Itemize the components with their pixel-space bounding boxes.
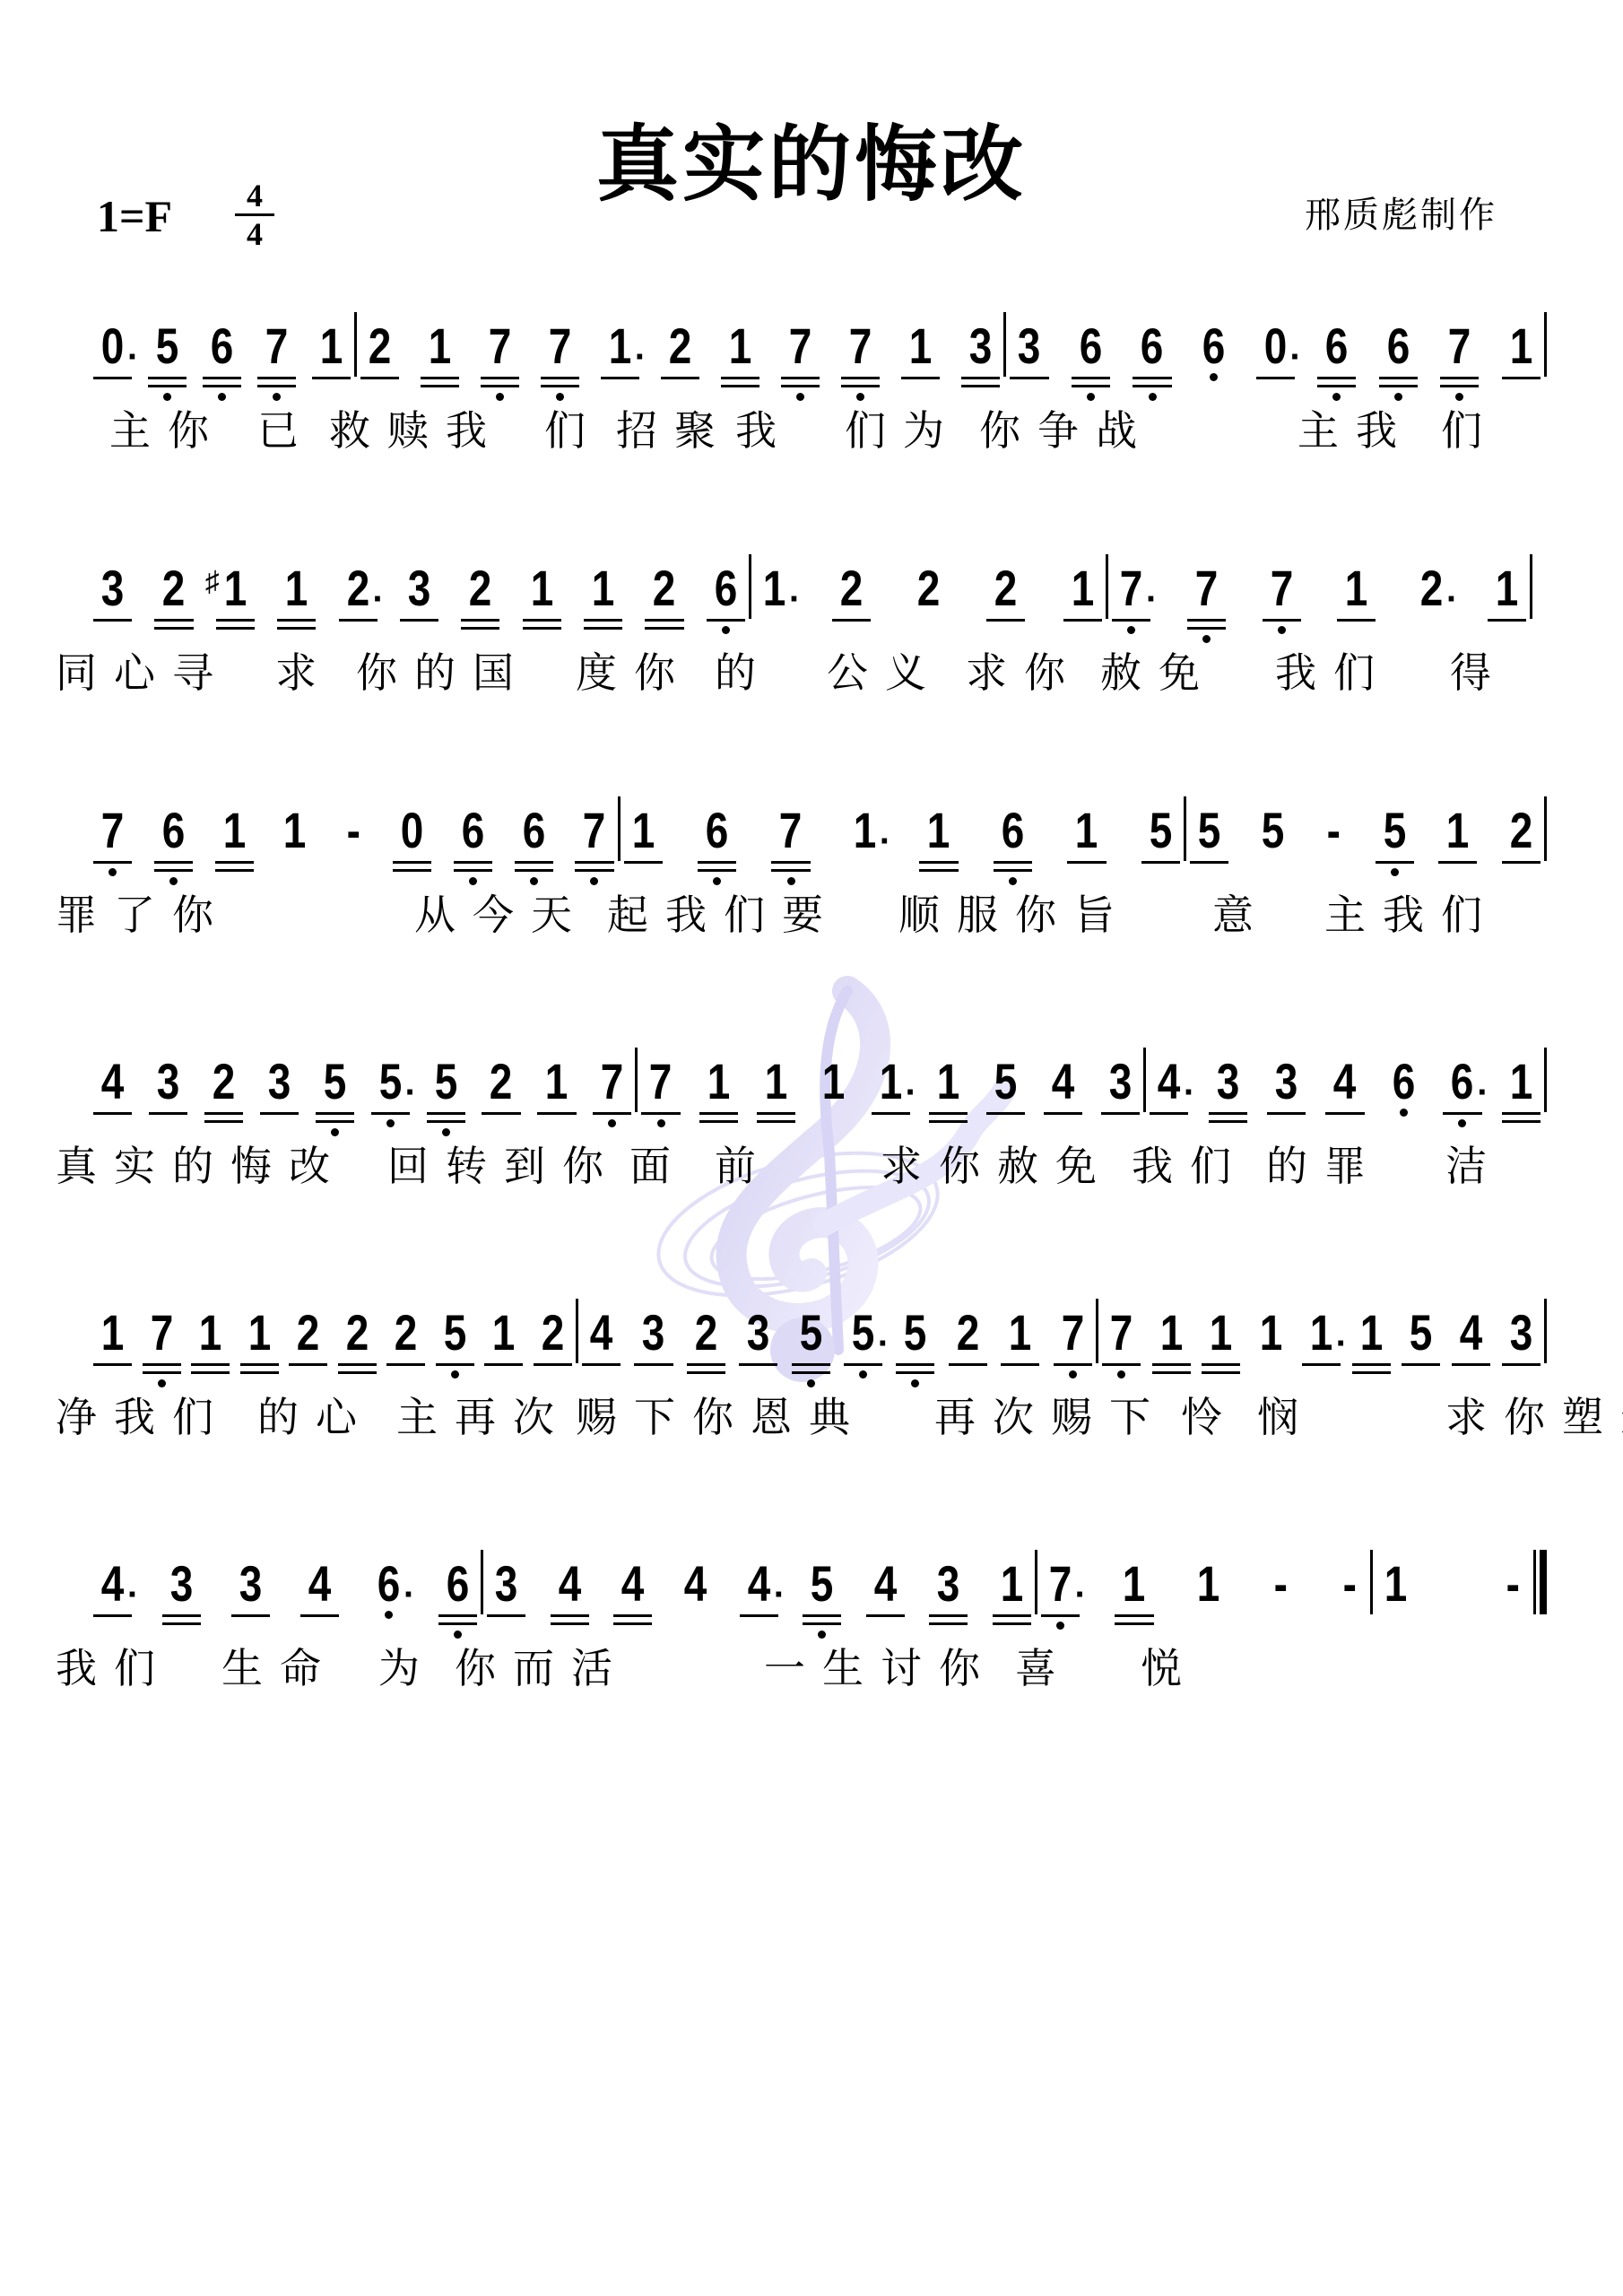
underline-sixteenth — [1379, 385, 1418, 387]
underline-eighth — [487, 1614, 525, 1617]
underline-eighth — [461, 619, 499, 622]
underline-eighth — [919, 861, 958, 864]
note-digit: 1 — [285, 563, 308, 613]
note: 1 — [1069, 538, 1097, 613]
note: 2 — [366, 296, 394, 371]
underline-sixteenth — [216, 627, 255, 630]
note-digit: 5 — [1198, 805, 1221, 856]
low-octave-dot — [1009, 877, 1017, 885]
arranger-credit: 邢质彪制作 — [1305, 187, 1497, 238]
lyric-char: 天 — [531, 888, 572, 942]
lyric-char: 一 — [764, 1641, 805, 1695]
lyric-char: 求 — [966, 646, 1007, 700]
underline-eighth — [257, 377, 296, 379]
underline-eighth — [386, 1363, 425, 1366]
score-row: 1711222512432355·521771111·1543净我们的心主再次赐… — [90, 1283, 1547, 1462]
low-octave-dot — [108, 868, 117, 876]
augmentation-dot: · — [1477, 1074, 1488, 1110]
note: 7· — [1046, 1534, 1074, 1609]
underline-eighth — [1209, 1112, 1247, 1115]
note: 6· — [1448, 1031, 1476, 1107]
lyric-char: 公 — [827, 646, 868, 700]
note: 5 — [1147, 780, 1175, 856]
augmentation-dot: · — [878, 1326, 890, 1361]
note: 2 — [1507, 780, 1535, 856]
underline-eighth — [454, 861, 492, 864]
note-digit: 1 — [222, 805, 246, 856]
note: 1· — [877, 1031, 905, 1107]
note: 2 — [343, 1283, 371, 1358]
underline-sixteenth — [215, 869, 254, 872]
note: 4· — [99, 1534, 126, 1609]
note-digit: 1 — [1260, 1308, 1283, 1358]
note: 7 — [99, 780, 126, 856]
note-digit: 6 — [378, 1559, 401, 1609]
underline-eighth — [1067, 861, 1106, 864]
note: 7 — [1193, 538, 1220, 613]
lyric-char: 起 — [607, 888, 648, 942]
underline-eighth — [721, 377, 759, 379]
note: 2 — [692, 1283, 720, 1358]
lyric-char: 旨 — [1073, 888, 1115, 942]
note-digit: 7 — [1120, 563, 1143, 613]
lyrics-line: 真实的悔改回转到你面前求你赦免我们的罪洁 — [90, 1139, 1547, 1193]
barline — [1544, 312, 1547, 377]
lyric-char: 面 — [629, 1139, 671, 1193]
note-digit: 7 — [489, 321, 512, 371]
measure: 1711222512 — [90, 1283, 576, 1381]
low-octave-dot — [442, 1128, 450, 1136]
lyric-char: 争 — [1037, 404, 1079, 457]
note: 3 — [934, 1534, 962, 1609]
note-digit: 5 — [1261, 805, 1284, 856]
underline-eighth — [1352, 1363, 1391, 1366]
note-digit: 4 — [1460, 1308, 1483, 1358]
note-digit: 4 — [748, 1559, 771, 1609]
measure: 1·2221 — [751, 538, 1106, 637]
final-barline — [1533, 1550, 1547, 1614]
note: 1 — [426, 296, 454, 371]
measure: 7·7712·1 — [1108, 538, 1530, 637]
lyric-char: 赦 — [1100, 646, 1141, 700]
note-digit: 1 — [1009, 1308, 1032, 1358]
note: 1 — [820, 1031, 847, 1107]
lyric-char: 要 — [782, 888, 823, 942]
lyric-char: 同 — [56, 646, 97, 700]
note: 1 — [907, 296, 934, 371]
sharp-icon: ♯ — [205, 556, 220, 606]
augmentation-dot: · — [404, 1577, 415, 1613]
underline-eighth — [866, 1614, 905, 1617]
note: 3 — [237, 1534, 265, 1609]
low-octave-dot — [331, 1128, 339, 1136]
note-digit: 3 — [1109, 1057, 1133, 1107]
underline-eighth — [427, 1112, 465, 1115]
note-digit: 1 — [631, 805, 655, 856]
measure: 1671·1615 — [621, 780, 1184, 879]
underline-eighth — [844, 1363, 882, 1366]
underline-eighth — [613, 1614, 652, 1617]
lyric-char: 求 — [275, 646, 317, 700]
note-digit: 5 — [1383, 805, 1406, 856]
underline-eighth — [1267, 1112, 1306, 1115]
measure: 7611-0667 — [90, 780, 618, 879]
underline-eighth — [1376, 861, 1414, 864]
underline-eighth — [482, 1112, 520, 1115]
note: 5 — [992, 1031, 1020, 1107]
lyric-char: 寻 — [172, 646, 213, 700]
note-digit: 5 — [378, 1057, 402, 1107]
underline-eighth — [1202, 1363, 1240, 1366]
underline-sixteenth — [393, 869, 431, 872]
low-octave-dot — [590, 877, 598, 885]
note: 4 — [681, 1534, 709, 1609]
notes-line: 7611-06671671·161555-512 — [90, 780, 1547, 879]
lyric-char: 招 — [616, 404, 657, 457]
time-signature-numerator: 4 — [235, 179, 274, 212]
note-digit: 2 — [542, 1308, 565, 1358]
underline-eighth — [534, 1363, 572, 1366]
note-digit: 4 — [101, 1559, 125, 1609]
lyric-char: 赐 — [1051, 1390, 1092, 1444]
note-digit: 2 — [395, 1308, 418, 1358]
note: 4 — [587, 1283, 615, 1358]
low-octave-dot — [1202, 635, 1211, 643]
lyric-char: 次 — [513, 1390, 554, 1444]
underline-sixteenth — [515, 869, 553, 872]
augmentation-dot: · — [880, 823, 891, 859]
low-octave-dot — [1400, 1109, 1408, 1117]
underline-sixteenth — [993, 1622, 1031, 1625]
underline-eighth — [929, 1614, 968, 1617]
barline — [1544, 1299, 1547, 1363]
underline-eighth — [143, 1363, 181, 1366]
note: 2 — [992, 538, 1020, 613]
note-digit: 1 — [909, 321, 933, 371]
lyric-char: 们 — [172, 1390, 213, 1444]
note: 7 — [598, 1031, 626, 1107]
measure: 71111·1543 — [1098, 1283, 1544, 1381]
note: 7 — [148, 1283, 176, 1358]
time-signature: 4 4 — [235, 179, 274, 250]
measure: 1- — [1373, 1534, 1533, 1632]
underline-sixteenth — [461, 627, 499, 630]
lyric-char: 我 — [1275, 646, 1316, 700]
note: 6 — [703, 780, 731, 856]
underline-eighth — [551, 1614, 589, 1617]
underline-sixteenth — [781, 385, 820, 387]
underline-sixteenth — [162, 1622, 201, 1625]
underline-sixteenth — [1187, 627, 1226, 630]
underline-eighth — [260, 1112, 299, 1115]
underline-eighth — [523, 619, 561, 622]
note-digit: 1 — [1359, 1308, 1383, 1358]
underline-eighth — [93, 861, 132, 864]
underline-sixteenth — [896, 1371, 934, 1374]
underline-eighth — [1152, 1363, 1191, 1366]
underline-eighth — [204, 1112, 243, 1115]
note-digit: 1 — [1310, 1308, 1333, 1358]
low-octave-dot — [454, 1631, 462, 1639]
underline-eighth — [1263, 619, 1301, 622]
note-digit: 4 — [1158, 1057, 1181, 1107]
augmentation-dot: · — [1146, 581, 1158, 617]
note-digit: 3 — [239, 1559, 263, 1609]
lyric-char: 活 — [571, 1641, 612, 1695]
underline-eighth — [1187, 619, 1226, 622]
note-digit: 7 — [649, 1057, 673, 1107]
note: 1 — [1207, 1283, 1235, 1358]
note-digit: 6 — [1202, 321, 1226, 371]
note-digit: 2 — [1510, 805, 1533, 856]
lyric-char: 悯 — [1257, 1390, 1298, 1444]
lyric-char: 生 — [822, 1641, 864, 1695]
underline-eighth — [149, 1112, 187, 1115]
augmentation-dot: · — [789, 581, 801, 617]
note-digit: 5 — [156, 321, 179, 371]
note-digit: 1 — [609, 321, 632, 371]
note: 6 — [1384, 296, 1412, 371]
note-digit: 0 — [1263, 321, 1287, 371]
underline-sixteenth — [204, 1120, 243, 1123]
underline-sixteenth — [154, 627, 193, 630]
measure: 432355·5217 — [578, 1283, 1096, 1381]
note: 1 — [1493, 538, 1521, 613]
underline-sixteenth — [841, 385, 880, 387]
lyrics-line: 罪了你从今天起我们要顺服你旨意主我们 — [90, 888, 1547, 942]
underline-sixteenth — [1115, 1622, 1153, 1625]
note-digit: 4 — [684, 1559, 707, 1609]
underline-sixteenth — [257, 385, 296, 387]
underline-eighth — [1502, 1363, 1541, 1366]
note: 4 — [99, 1031, 126, 1107]
low-octave-dot — [163, 393, 171, 401]
note-digit: 1 — [764, 1057, 787, 1107]
note: 6 — [160, 780, 187, 856]
lyric-char: 们 — [1333, 646, 1375, 700]
lyric-char: 意 — [1212, 888, 1254, 942]
note-digit: 1 — [729, 321, 752, 371]
lyric-char: 了 — [114, 888, 155, 942]
measure: 55-512 — [1186, 780, 1544, 879]
lyric-char: 命 — [280, 1641, 321, 1695]
note-digit: 6 — [1393, 1057, 1416, 1107]
note-digit: 1 — [247, 1308, 271, 1358]
note: 6 — [712, 538, 740, 613]
lyric-char: 怜 — [1181, 1390, 1222, 1444]
note-digit: 5 — [444, 1308, 467, 1358]
underline-eighth — [1102, 1363, 1141, 1366]
note: 7· — [1117, 538, 1145, 613]
note-digit: 3 — [642, 1308, 665, 1358]
note-digit: 4 — [874, 1559, 898, 1609]
low-octave-dot — [1210, 373, 1218, 381]
note: 5 — [153, 296, 181, 371]
dash-extension: - — [1322, 780, 1345, 856]
note-digit: 2 — [840, 563, 864, 613]
note-digit: 4 — [1333, 1057, 1357, 1107]
note: 1 — [281, 780, 308, 856]
note-digit: 1 — [821, 1057, 845, 1107]
note: 1 — [629, 780, 657, 856]
lyric-char: 回 — [387, 1139, 429, 1193]
underline-sixteenth — [929, 1120, 968, 1123]
lyric-char: 为 — [903, 404, 944, 457]
lyric-char: 主 — [1324, 888, 1366, 942]
underline-eighth — [645, 619, 683, 622]
note-digit: - — [1273, 1559, 1287, 1609]
note-digit: 5 — [994, 1057, 1018, 1107]
lyric-char: 下 — [1109, 1390, 1150, 1444]
note-digit: 3 — [408, 563, 431, 613]
underline-eighth — [1041, 1614, 1080, 1617]
low-octave-dot — [1056, 1622, 1064, 1630]
underline-sixteenth — [1133, 385, 1171, 387]
note: 7 — [1268, 538, 1296, 613]
underline-eighth — [1133, 377, 1171, 379]
lyric-char: 主 — [109, 404, 151, 457]
note: 1 — [934, 1031, 962, 1107]
underline-sixteenth — [203, 385, 241, 387]
lyric-char: 典 — [809, 1390, 850, 1444]
underline-eighth — [438, 1614, 477, 1617]
underline-sixteenth — [1152, 1371, 1191, 1374]
underline-eighth — [203, 377, 241, 379]
low-octave-dot — [1069, 1370, 1077, 1378]
note: 1 — [542, 1031, 570, 1107]
note-digit: 6 — [715, 563, 738, 613]
note-digit: 1 — [1345, 563, 1368, 613]
underline-eighth — [841, 377, 880, 379]
note-digit: 1 — [429, 321, 452, 371]
low-octave-dot — [1394, 393, 1402, 401]
note-digit: 1 — [1510, 321, 1533, 371]
note-digit: 1 — [1123, 1559, 1146, 1609]
underline-sixteenth — [1072, 385, 1110, 387]
note: 5 — [797, 1283, 825, 1358]
note: 7 — [546, 296, 574, 371]
note-digit: 2 — [469, 563, 492, 613]
low-octave-dot — [1087, 393, 1095, 401]
underline-eighth — [515, 861, 553, 864]
note-digit: 1 — [1197, 1559, 1220, 1609]
underline-eighth — [1044, 1112, 1082, 1115]
underline-eighth — [1115, 1614, 1153, 1617]
underline-eighth — [215, 861, 254, 864]
note: 3 — [1214, 1031, 1242, 1107]
underline-eighth — [1256, 377, 1295, 379]
note: 1 — [99, 1283, 126, 1358]
lyric-char: 赐 — [576, 1390, 617, 1444]
note-digit: 2 — [346, 563, 369, 613]
lyric-char: 国 — [473, 646, 514, 700]
note-digit: 2 — [957, 1308, 980, 1358]
note-digit: 7 — [1195, 563, 1219, 613]
underline-sixteenth — [1202, 1371, 1240, 1374]
lyric-char: 生 — [221, 1641, 263, 1695]
note: 5 — [1259, 780, 1287, 856]
note-digit: 7 — [779, 805, 803, 856]
note: 5 — [808, 1534, 836, 1609]
note-digit: 4 — [621, 1559, 645, 1609]
underline-sixteenth — [771, 869, 810, 872]
underline-sixteenth — [721, 385, 759, 387]
lyric-char: 战 — [1096, 404, 1137, 457]
low-octave-dot — [451, 1370, 459, 1378]
low-octave-dot — [1117, 1370, 1125, 1378]
underline-eighth — [832, 619, 871, 622]
note-digit: 2 — [490, 1057, 513, 1107]
note: 0 — [398, 780, 426, 856]
note: 4 — [872, 1534, 899, 1609]
measure: 32♯112·321126 — [90, 538, 749, 637]
underline-eighth — [699, 1112, 738, 1115]
note: 2 — [666, 296, 694, 371]
lyric-char: 的 — [1266, 1139, 1307, 1193]
note: 1 — [1257, 1283, 1285, 1358]
lyric-char: 赎 — [387, 404, 429, 457]
note-digit: 6 — [1451, 1057, 1474, 1107]
note-digit: 2 — [1420, 563, 1444, 613]
note: 3 — [99, 538, 126, 613]
augmentation-dot: · — [1289, 339, 1301, 375]
note: 3 — [1107, 1031, 1134, 1107]
low-octave-dot — [787, 877, 795, 885]
underline-eighth — [93, 1614, 132, 1617]
note: 1 — [1444, 780, 1471, 856]
barline — [1544, 796, 1547, 861]
measure: 71111·1543 — [638, 1031, 1143, 1130]
underline-sixteenth — [191, 1371, 230, 1374]
note: 3 — [168, 1534, 195, 1609]
low-octave-dot — [859, 1370, 867, 1378]
note-digit: 6 — [211, 321, 234, 371]
underline-sixteenth — [613, 1622, 652, 1625]
note: 2 — [954, 1283, 982, 1358]
measure: 21771·217713 — [357, 296, 1004, 395]
underline-eighth — [757, 1112, 795, 1115]
dash-extension: - — [1269, 1534, 1292, 1609]
low-octave-dot — [169, 877, 178, 885]
underline-eighth — [1101, 1112, 1140, 1115]
note-digit: 5 — [811, 1559, 834, 1609]
note-digit: 1 — [1072, 563, 1095, 613]
lyric-char: 们 — [1190, 1139, 1231, 1193]
low-octave-dot — [1127, 626, 1135, 634]
underline-eighth — [803, 1614, 841, 1617]
note-digit: 1 — [199, 1308, 222, 1358]
underline-eighth — [1325, 1112, 1364, 1115]
note-digit: 1 — [927, 805, 950, 856]
note-digit: - — [1327, 805, 1341, 856]
low-octave-dot — [469, 877, 477, 885]
note: 5 — [1407, 1283, 1435, 1358]
note-digit: 1 — [224, 563, 247, 613]
note: 6 — [459, 780, 487, 856]
note: 7 — [263, 296, 291, 371]
note: 3 — [967, 296, 994, 371]
lyric-char: 为 — [378, 1641, 420, 1695]
note: 6 — [444, 1534, 472, 1609]
lyric-char: 主 — [1298, 404, 1339, 457]
note: 2 — [294, 1283, 322, 1358]
low-octave-dot — [273, 393, 281, 401]
augmentation-dot: · — [1336, 1326, 1348, 1361]
underline-sixteenth — [698, 869, 736, 872]
lyrics-line: 我们生命为你而活一生讨你喜悦 — [90, 1641, 1547, 1695]
low-octave-dot — [818, 1631, 826, 1639]
lyric-char: 聚 — [674, 404, 716, 457]
